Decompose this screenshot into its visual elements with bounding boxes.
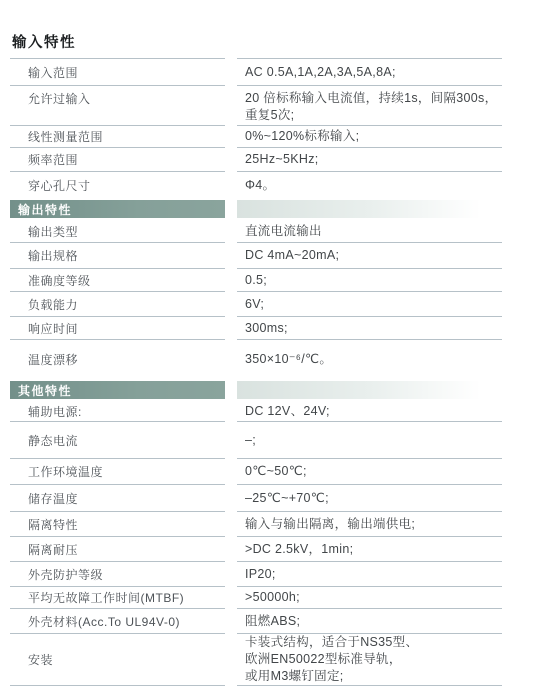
column-gap — [225, 587, 237, 609]
spec-value: 20 倍标称输入电流值，持续1s，间隔300s， 重复5次; — [237, 86, 502, 126]
column-gap — [225, 340, 237, 379]
spec-label: 准确度等级 — [10, 269, 225, 292]
spec-value: 阻燃ABS; — [237, 609, 502, 634]
spec-row: 频率范围 25Hz~5KHz; — [10, 148, 502, 172]
spec-value: 输入与输出隔离，输出端供电; — [237, 512, 502, 537]
spec-value: 0%~120%标称输入; — [237, 126, 502, 148]
spec-value: >50000h; — [237, 587, 502, 609]
section-header-output: 输出特性 — [10, 200, 502, 218]
spec-value: 卡装式结构，适合于NS35型、 欧洲EN50022型标准导轨， 或用M3螺钉固定… — [237, 634, 502, 686]
spec-row: 外壳防护等级 IP20; — [10, 562, 502, 587]
column-gap — [225, 634, 237, 686]
spec-row: 工作环境温度 0℃~50℃; — [10, 459, 502, 485]
spec-row: 隔离耐压 >DC 2.5kV，1min; — [10, 537, 502, 562]
spec-row: 输出类型 直流电流输出 — [10, 220, 502, 243]
column-gap — [225, 459, 237, 485]
spec-label: 输入范围 — [10, 58, 225, 86]
column-gap — [225, 292, 237, 317]
spec-row: 准确度等级 0.5; — [10, 269, 502, 292]
column-gap — [225, 609, 237, 634]
column-gap — [225, 243, 237, 269]
spec-row: 输入范围 AC 0.5A,1A,2A,3A,5A,8A; — [10, 58, 502, 86]
spec-label: 允许过输入 — [10, 86, 225, 126]
spec-label: 输出类型 — [10, 220, 225, 243]
column-gap — [225, 317, 237, 340]
column-gap — [225, 485, 237, 512]
column-gap — [225, 562, 237, 587]
spec-label: 辅助电源: — [10, 401, 225, 422]
column-gap — [225, 172, 237, 198]
spec-label: 频率范围 — [10, 148, 225, 172]
spec-value: 直流电流输出 — [237, 220, 502, 243]
spec-label: 输出规格 — [10, 243, 225, 269]
column-gap — [225, 86, 237, 126]
spec-label: 隔离特性 — [10, 512, 225, 537]
spec-value: 300ms; — [237, 317, 502, 340]
spec-value: 0.5; — [237, 269, 502, 292]
spec-label: 安装 — [10, 634, 225, 686]
spec-value: 350×10⁻⁶/℃。 — [237, 340, 502, 379]
spec-label: 响应时间 — [10, 317, 225, 340]
column-gap — [225, 58, 237, 86]
spec-value: 25Hz~5KHz; — [237, 148, 502, 172]
section-header-output-label: 输出特性 — [10, 200, 225, 218]
spec-label: 外壳防护等级 — [10, 562, 225, 587]
section-header-other-label: 其他特性 — [10, 381, 225, 399]
spec-value: –25℃~+70℃; — [237, 485, 502, 512]
spec-value: DC 4mA~20mA; — [237, 243, 502, 269]
spec-label: 穿心孔尺寸 — [10, 172, 225, 198]
spec-row: 线性测量范围 0%~120%标称输入; — [10, 126, 502, 148]
spec-row: 平均无故障工作时间(MTBF) >50000h; — [10, 587, 502, 609]
spec-row: 储存温度 –25℃~+70℃; — [10, 485, 502, 512]
section-header-other-accent — [237, 381, 502, 399]
column-gap — [225, 269, 237, 292]
spec-label: 隔离耐压 — [10, 537, 225, 562]
spec-row: 温度漂移 350×10⁻⁶/℃。 — [10, 340, 502, 379]
column-gap — [225, 401, 237, 422]
spec-row: 安装 卡装式结构，适合于NS35型、 欧洲EN50022型标准导轨， 或用M3螺… — [10, 634, 502, 686]
column-gap — [225, 512, 237, 537]
spec-row: 隔离特性 输入与输出隔离，输出端供电; — [10, 512, 502, 537]
spec-value: >DC 2.5kV，1min; — [237, 537, 502, 562]
spec-label: 外壳材料(Acc.To UL94V-0) — [10, 609, 225, 634]
spec-value: –; — [237, 422, 502, 459]
spec-value: 6V; — [237, 292, 502, 317]
page-title: 输入特性 — [10, 31, 502, 52]
section-header-other: 其他特性 — [10, 381, 502, 399]
spec-row: 外壳材料(Acc.To UL94V-0) 阻燃ABS; — [10, 609, 502, 634]
column-gap — [225, 422, 237, 459]
spec-value: 0℃~50℃; — [237, 459, 502, 485]
spec-value: DC 12V、24V; — [237, 401, 502, 422]
spec-label: 线性测量范围 — [10, 126, 225, 148]
column-gap — [225, 148, 237, 172]
spec-row: 负载能力 6V; — [10, 292, 502, 317]
spec-label: 工作环境温度 — [10, 459, 225, 485]
spec-row: 响应时间 300ms; — [10, 317, 502, 340]
spec-label: 静态电流 — [10, 422, 225, 459]
spec-label: 温度漂移 — [10, 340, 225, 379]
spec-sheet: 输入特性 输入范围 AC 0.5A,1A,2A,3A,5A,8A; 允许过输入 … — [10, 31, 502, 686]
column-gap — [225, 220, 237, 243]
spec-value: IP20; — [237, 562, 502, 587]
column-gap — [225, 537, 237, 562]
column-gap — [225, 126, 237, 148]
spec-row: 辅助电源: DC 12V、24V; — [10, 401, 502, 422]
spec-value: AC 0.5A,1A,2A,3A,5A,8A; — [237, 58, 502, 86]
spec-row: 输出规格 DC 4mA~20mA; — [10, 243, 502, 269]
spec-row: 穿心孔尺寸 Φ4。 — [10, 172, 502, 198]
spec-label: 负载能力 — [10, 292, 225, 317]
section-header-output-accent — [237, 200, 502, 218]
spec-value: Φ4。 — [237, 172, 502, 198]
spec-row: 允许过输入 20 倍标称输入电流值，持续1s，间隔300s， 重复5次; — [10, 86, 502, 126]
spec-label: 储存温度 — [10, 485, 225, 512]
spec-row: 静态电流 –; — [10, 422, 502, 459]
spec-label: 平均无故障工作时间(MTBF) — [10, 587, 225, 609]
